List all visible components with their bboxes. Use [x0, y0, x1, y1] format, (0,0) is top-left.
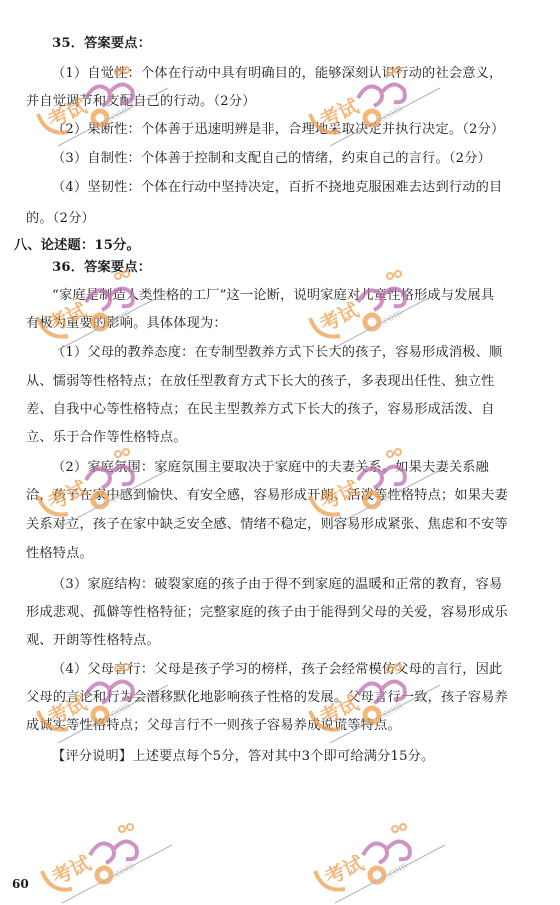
svg-text:.com: .com: [383, 860, 410, 882]
svg-text:.com: .com: [110, 860, 137, 882]
q36-line: “家庭是制造人类性格的工厂”这一论断，说明家庭对儿童性格形成与发展具: [52, 288, 494, 304]
scoring-note: 【评分说明】上述要点每个5分，答对其中3个即可给满分15分。: [52, 749, 434, 765]
q35-heading: 35．答案要点：: [52, 36, 151, 52]
q36-line: （3）家庭结构：破裂家庭的孩子由于得不到家庭的温暖和正常的教育，容易: [52, 577, 502, 593]
q36-line: 洽，孩子在家中感到愉快、有安全感，容易形成开朗、活泼等性格特点；如果夫妻: [26, 488, 508, 504]
q36-line: 关系对立，孩子在家中缺乏安全感、情绪不稳定，则容易形成紧张、焦虑和不安等: [26, 517, 508, 533]
q36-heading: 36．答案要点：: [52, 260, 151, 276]
exam-answer-page: 35．答案要点： （1）自觉性：个体在行动中具有明确目的，能够深刻认识行动的社会…: [0, 0, 560, 905]
q36-line: 有极为重要的影响。具体体现为：: [26, 316, 227, 332]
q35-line: （3）自制性：个体善于控制和支配自己的情绪，约束自己的言行。（2分）: [52, 151, 491, 167]
q36-line: 成诚实等性格特点；父母言行不一则孩子容易养成说谎等特点。: [26, 718, 401, 734]
q36-line: 立、乐于合作等性格特点。: [26, 430, 187, 446]
svg-text:.com: .com: [378, 307, 405, 329]
q36-line: 父母的言论和行为会潜移默化地影响孩子性格的发展。父母言行一致，孩子容易养: [26, 690, 508, 706]
q36-line: 观、开朗等性格特点。: [26, 633, 160, 649]
q35-line: 的。（2分）: [26, 211, 95, 227]
q36-line: 从、懦弱等性格特点；在放任型教育方式下长大的孩子，多表现出任性、独立性: [26, 374, 495, 390]
q35-line: （4）坚韧性：个体在行动中坚持决定，百折不挠地克服困难去达到行动的目: [52, 180, 502, 196]
q36-line: （1）父母的教养态度：在专制型教养方式下长大的孩子，容易形成消极、顺: [52, 345, 502, 361]
svg-text:考试: 考试: [48, 850, 95, 889]
watermark-logo-icon: 考试 .com: [32, 815, 182, 905]
watermark-logo-icon: 考试 .com: [305, 815, 455, 905]
q36-line: 性格特点。: [26, 546, 93, 562]
q35-line: （1）自觉性：个体在行动中具有明确目的，能够深刻认识行动的社会意义，: [52, 66, 502, 82]
q35-line: （2）果断性：个体善于迅速明辨是非，合理地采取决定并执行决定。（2分）: [52, 122, 504, 138]
page-number: 60: [12, 877, 29, 891]
section-heading: 八、论述题：15分。: [14, 238, 140, 254]
q36-line: （4）父母言行：父母是孩子学习的榜样，孩子会经常模仿父母的言行，因此: [52, 662, 502, 678]
svg-text:考试: 考试: [321, 850, 368, 889]
q36-line: 差、自我中心等性格特点；在民主型教养方式下长大的孩子，容易形成活泼、自: [26, 402, 495, 418]
watermark-logo-icon: 考试 .com: [300, 262, 450, 352]
q36-line: （2）家庭氛围：家庭氛围主要取决于家庭中的夫妻关系。如果夫妻关系融: [52, 460, 489, 476]
q35-line: 并自觉调节和支配自己的行动。（2分）: [26, 94, 256, 110]
q36-line: 形成悲观、孤僻等性格特征；完整家庭的孩子由于能得到父母的关爱，容易形成乐: [26, 605, 508, 621]
